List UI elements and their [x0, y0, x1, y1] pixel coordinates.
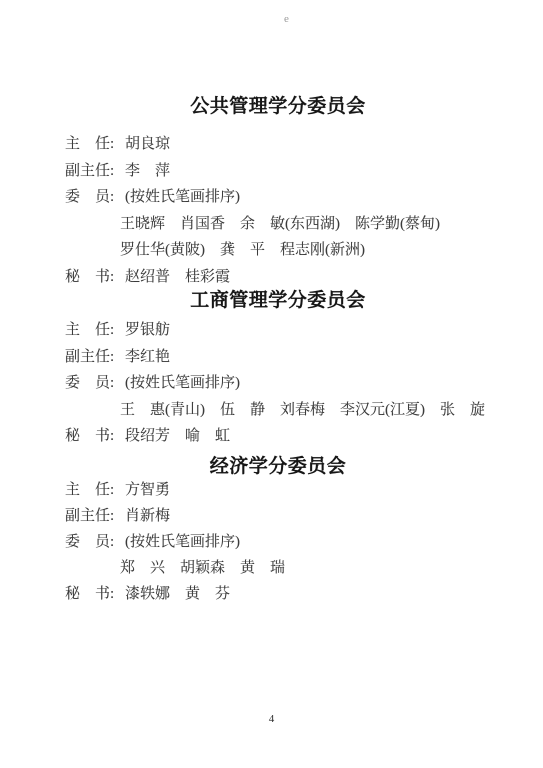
row-value: (按姓氏笔画排序): [125, 370, 240, 397]
row-value: 王晓辉 肖国香 余 敏(东西湖) 陈学勤(蔡甸): [120, 211, 440, 238]
row-label: 秘 书:: [65, 264, 125, 291]
row-members-line: 罗仕华(黄陂) 龚 平 程志刚(新洲): [65, 237, 491, 264]
row-deputy-director: 副主任: 李红艳: [65, 344, 491, 371]
row-value: 王 惠(青山) 伍 静 刘春梅 李汉元(江夏) 张 旋: [120, 397, 485, 424]
row-value: 肖新梅: [125, 503, 170, 529]
row-secretary: 秘 书: 赵绍普 桂彩霞: [65, 264, 491, 291]
row-director: 主 任: 方智勇: [65, 477, 491, 503]
row-label: 主 任:: [65, 131, 125, 158]
row-secretary: 秘 书: 段绍芳 喻 虹: [65, 423, 491, 450]
committee-section-business-administration: 工商管理学分委员会 主 任: 罗银舫 副主任: 李红艳 委 员: (按姓氏笔画排…: [65, 291, 491, 450]
row-label: 委 员:: [65, 370, 125, 397]
committee-title: 经济学分委员会: [65, 457, 491, 477]
row-value: 段绍芳 喻 虹: [125, 423, 230, 450]
row-members-line: 郑 兴 胡颖森 黄 瑞: [65, 555, 491, 581]
row-members-note: 委 员: (按姓氏笔画排序): [65, 184, 491, 211]
row-value: 胡良琼: [125, 131, 170, 158]
row-director: 主 任: 罗银舫: [65, 317, 491, 344]
row-label: 副主任:: [65, 503, 125, 529]
row-value: 赵绍普 桂彩霞: [125, 264, 230, 291]
row-value: 郑 兴 胡颖森 黄 瑞: [120, 555, 285, 581]
row-label: 秘 书:: [65, 581, 125, 607]
row-deputy-director: 副主任: 肖新梅: [65, 503, 491, 529]
row-value: 罗仕华(黄陂) 龚 平 程志刚(新洲): [120, 237, 365, 264]
row-secretary: 秘 书: 漆轶娜 黄 芬: [65, 581, 491, 607]
row-members-note: 委 员: (按姓氏笔画排序): [65, 529, 491, 555]
row-label: 副主任:: [65, 158, 125, 185]
committee-section-public-administration: 公共管理学分委员会 主 任: 胡良琼 副主任: 李 萍 委 员: (按姓氏笔画排…: [65, 97, 491, 290]
row-label: 主 任:: [65, 477, 125, 503]
row-value: (按姓氏笔画排序): [125, 529, 240, 555]
row-deputy-director: 副主任: 李 萍: [65, 158, 491, 185]
document-page: e 公共管理学分委员会 主 任: 胡良琼 副主任: 李 萍 委 员: (按姓氏笔…: [0, 0, 543, 768]
row-director: 主 任: 胡良琼: [65, 131, 491, 158]
row-value: 罗银舫: [125, 317, 170, 344]
committee-title: 工商管理学分委员会: [65, 291, 491, 311]
committee-title: 公共管理学分委员会: [65, 97, 491, 117]
row-label: 副主任:: [65, 344, 125, 371]
row-value: (按姓氏笔画排序): [125, 184, 240, 211]
row-members-line: 王 惠(青山) 伍 静 刘春梅 李汉元(江夏) 张 旋: [65, 397, 491, 424]
row-members-note: 委 员: (按姓氏笔画排序): [65, 370, 491, 397]
row-label: 委 员:: [65, 184, 125, 211]
row-value: 李 萍: [125, 158, 170, 185]
row-label: 委 员:: [65, 529, 125, 555]
row-value: 漆轶娜 黄 芬: [125, 581, 230, 607]
row-value: 李红艳: [125, 344, 170, 371]
row-label: 秘 书:: [65, 423, 125, 450]
row-members-line: 王晓辉 肖国香 余 敏(东西湖) 陈学勤(蔡甸): [65, 211, 491, 238]
page-number: 4: [0, 713, 543, 725]
committee-section-economics: 经济学分委员会 主 任: 方智勇 副主任: 肖新梅 委 员: (按姓氏笔画排序)…: [65, 457, 491, 607]
row-value: 方智勇: [125, 477, 170, 503]
scan-artifact-mark: e: [284, 13, 289, 25]
row-label: 主 任:: [65, 317, 125, 344]
